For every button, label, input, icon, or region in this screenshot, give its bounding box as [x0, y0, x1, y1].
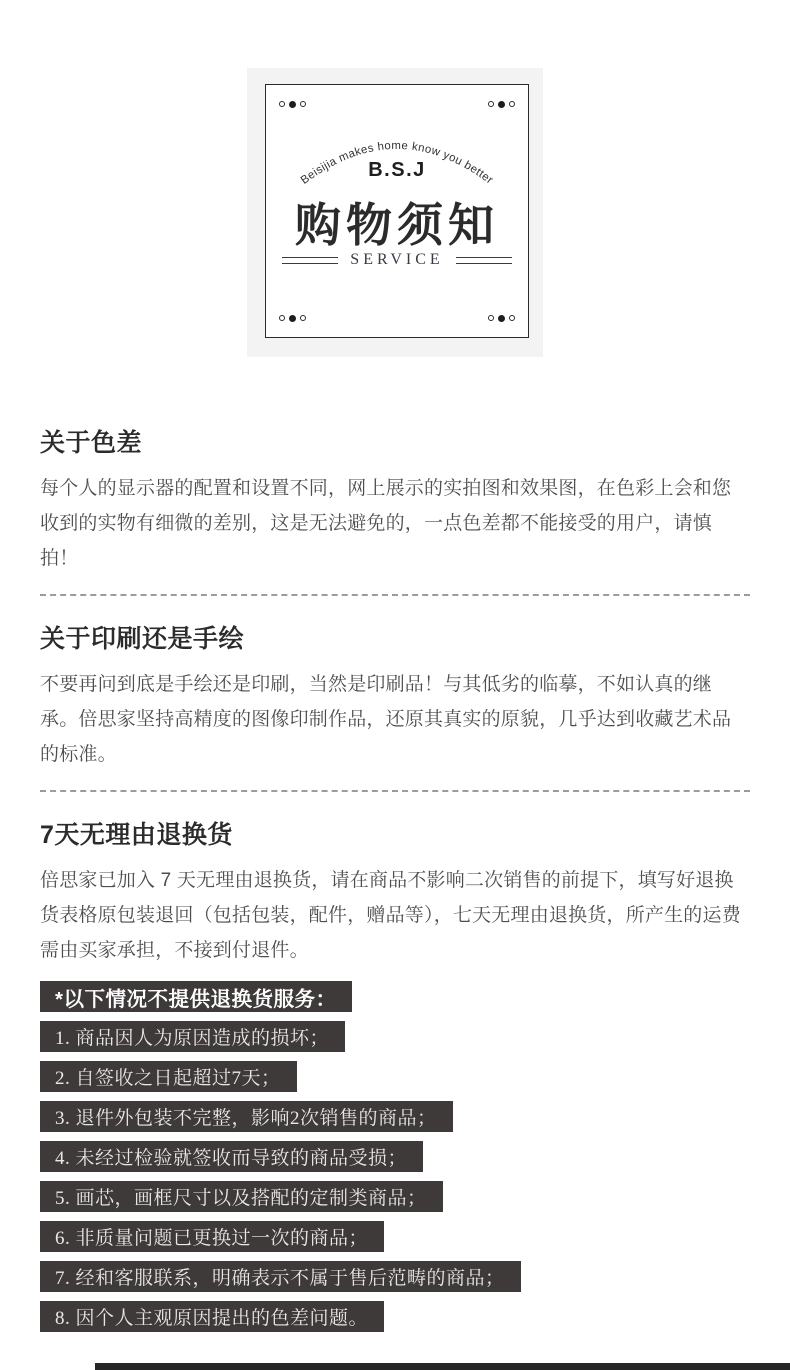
double-line-right-icon [456, 257, 512, 264]
section-body: 倍思家已加入 7 天无理由退换货，请在商品不影响二次销售的前提下，填写好退换货表… [40, 863, 750, 968]
dot-hollow-icon [300, 315, 306, 321]
section-print-or-handpaint: 关于印刷还是手绘 不要再问到底是手绘还是印刷，当然是印刷品！与其低劣的临摹，不如… [40, 619, 750, 772]
list-item: 1. 商品因人为原因造成的损坏； [40, 1021, 345, 1052]
brand-logo-text: B.S.J [266, 159, 528, 182]
section-heading: 关于印刷还是手绘 [40, 619, 750, 655]
list-item: 4. 未经过检验就签收而导致的商品受损； [40, 1141, 423, 1172]
list-item: 2. 自签收之日起超过7天； [40, 1061, 297, 1092]
double-line-left-icon [282, 257, 338, 264]
corner-dots-icon [488, 314, 515, 322]
notice-content: 关于色差 每个人的显示器的配置和设置不同，网上展示的实拍图和效果图，在色彩上会和… [0, 423, 790, 1332]
section-body: 每个人的显示器的配置和设置不同，网上展示的实拍图和效果图，在色彩上会和您收到的实… [40, 471, 750, 576]
list-item: 3. 退件外包装不完整，影响2次销售的商品； [40, 1101, 453, 1132]
list-item: 6. 非质量问题已更换过一次的商品； [40, 1221, 384, 1252]
shopping-notice-card-frame: Beisijia makes home know you better B.S.… [265, 84, 529, 338]
list-item: 7. 经和客服联系，明确表示不属于售后范畴的商品； [40, 1261, 521, 1292]
list-item: 8. 因个人主观原因提出的色差问题。 [40, 1301, 384, 1332]
dot-hollow-icon [488, 315, 494, 321]
shopping-notice-card: Beisijia makes home know you better B.S.… [247, 68, 543, 357]
section-return-policy: 7天无理由退换货 倍思家已加入 7 天无理由退换货，请在商品不影响二次销售的前提… [40, 815, 750, 968]
no-return-conditions-list: *以下情况不提供退换货服务： 1. 商品因人为原因造成的损坏； 2. 自签收之日… [40, 981, 750, 1332]
section-heading: 7天无理由退换货 [40, 815, 750, 851]
next-module-edge [95, 1363, 790, 1370]
list-item: 5. 画芯，画框尺寸以及搭配的定制类商品； [40, 1181, 443, 1212]
dashed-divider [40, 594, 750, 596]
section-color-difference: 关于色差 每个人的显示器的配置和设置不同，网上展示的实拍图和效果图，在色彩上会和… [40, 423, 750, 576]
service-row: SERVICE [266, 251, 528, 269]
dot-filled-icon [289, 315, 296, 322]
service-label: SERVICE [350, 251, 443, 269]
section-body: 不要再问到底是手绘还是印刷，当然是印刷品！与其低劣的临摹，不如认真的继承。倍思家… [40, 667, 750, 772]
corner-dots-icon [279, 314, 306, 322]
dot-hollow-icon [279, 315, 285, 321]
dot-hollow-icon [509, 315, 515, 321]
dashed-divider [40, 790, 750, 792]
card-title: 购物须知 [266, 189, 528, 255]
no-return-conditions-header: *以下情况不提供退换货服务： [40, 981, 352, 1012]
section-heading: 关于色差 [40, 423, 750, 459]
dot-filled-icon [498, 315, 505, 322]
